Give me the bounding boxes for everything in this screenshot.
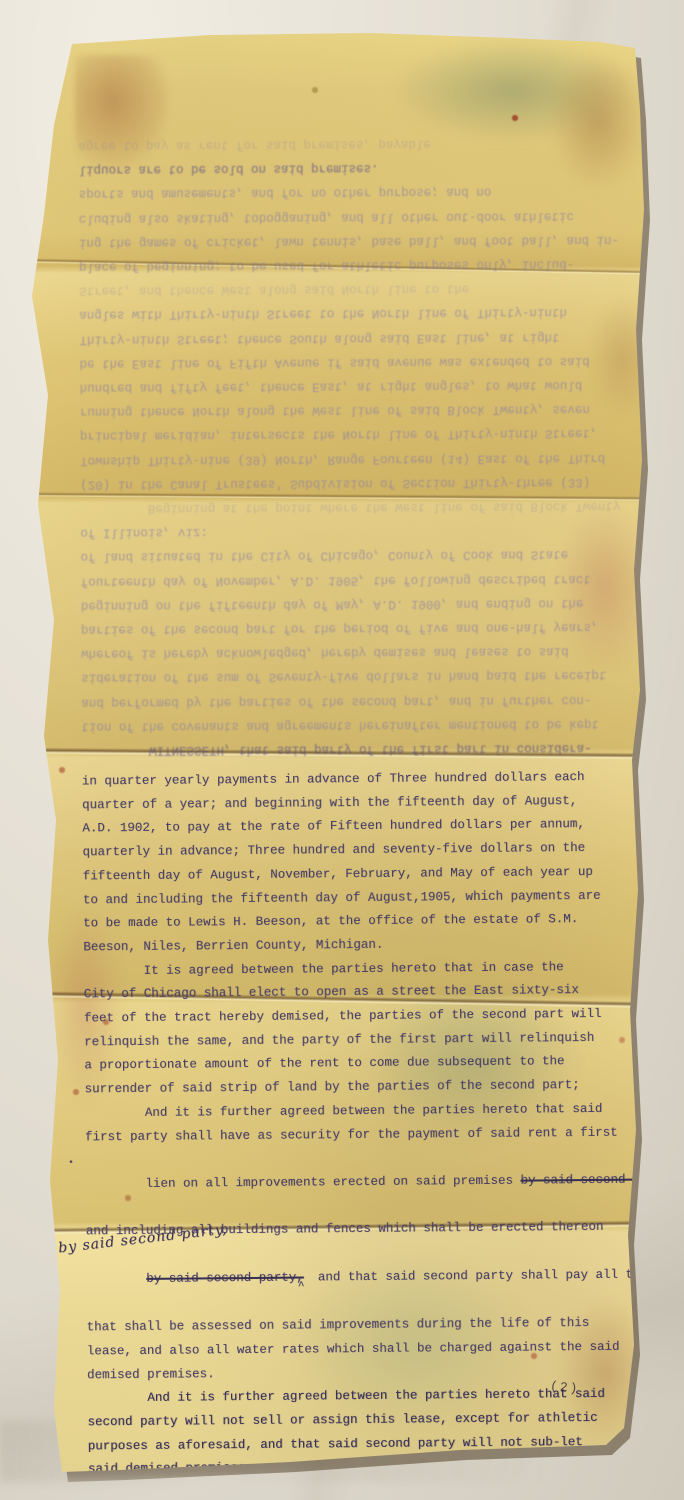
bleed-line: tion of the covenants and agreements her… (81, 711, 633, 738)
bleed-line: whereof is hereby acknowledged, hereby d… (81, 639, 633, 666)
bleed-line: Beginning at the point where the West li… (80, 494, 632, 521)
margin-ink-dot: • (68, 1152, 74, 1176)
bleed-line: Thirty-ninth Street; thence South along … (79, 324, 631, 351)
struck-out-text: by said second party (520, 1172, 670, 1187)
bleed-line: sideration of the sum of Seventy-five do… (81, 663, 633, 690)
photograph: WITNESSETH, that said party of the first… (0, 0, 684, 1500)
bleed-line: running thence North along the West line… (80, 397, 632, 424)
bleed-line: liquors are to be sold on said premises. (78, 155, 630, 182)
bleed-line: beginning on the fifteenth day of May, A… (81, 590, 633, 617)
page-number-mark: (2) (549, 1379, 580, 1397)
bleed-line: sports and amusements, and for no other … (79, 179, 631, 206)
typed-line-with-strikeout: by said second party,by said second part… (86, 1240, 643, 1317)
bleed-line: (20) in the Canal Trustees' Subdivision … (80, 469, 632, 496)
bleed-line: fourteenth day of November, A.D. 1905, t… (81, 566, 633, 593)
bleed-line: place of beginning; to be used for athle… (79, 252, 631, 279)
bleed-line: principal meridian, intersects the North… (80, 421, 632, 448)
bleed-line: of Illinois, viz: (80, 518, 632, 545)
struck-out-text: by said second party, (146, 1270, 304, 1285)
typed-segment: and that said second party shall pay all… (310, 1267, 663, 1284)
typed-line-with-strikeout: •lien on all improvements erected on sai… (85, 1145, 642, 1221)
bleed-line: Street, and thence West along said North… (79, 276, 631, 303)
bleed-line: angles with Thirty-ninth Street to the N… (79, 300, 631, 327)
bleed-line: parties of the second part for the perio… (81, 615, 633, 642)
bleed-line: WITNESSETH, that said party of the first… (82, 736, 634, 763)
bleed-line: of land situated in the City of Chicago,… (81, 542, 633, 569)
bleed-line: ing the games of cricket, lawn tennis, b… (79, 227, 631, 254)
bleed-line: agree to pay as rent for said premises, … (78, 131, 630, 158)
typed-segment: lien on all improvements erected on said… (145, 1174, 520, 1191)
bleedthrough-text: WITNESSETH, that said party of the first… (78, 131, 633, 763)
bleed-line: and performed by the parties of the seco… (81, 687, 633, 714)
bleed-line: hundred and fifty feet, thence East, at … (80, 373, 632, 400)
bleed-line: cluding also skating, tobogganing, and a… (79, 203, 631, 230)
stain-green-top (390, 38, 635, 143)
caret-insertion-mark: ^ (298, 1280, 305, 1292)
bleed-line: be the East line of Fifth Avenue if said… (79, 348, 631, 375)
document-paper: WITNESSETH, that said party of the first… (10, 30, 660, 1474)
bleed-line: Township Thirty-nine (39) North, Range F… (80, 445, 632, 472)
typed-line: as aforesaid. (88, 1478, 644, 1500)
